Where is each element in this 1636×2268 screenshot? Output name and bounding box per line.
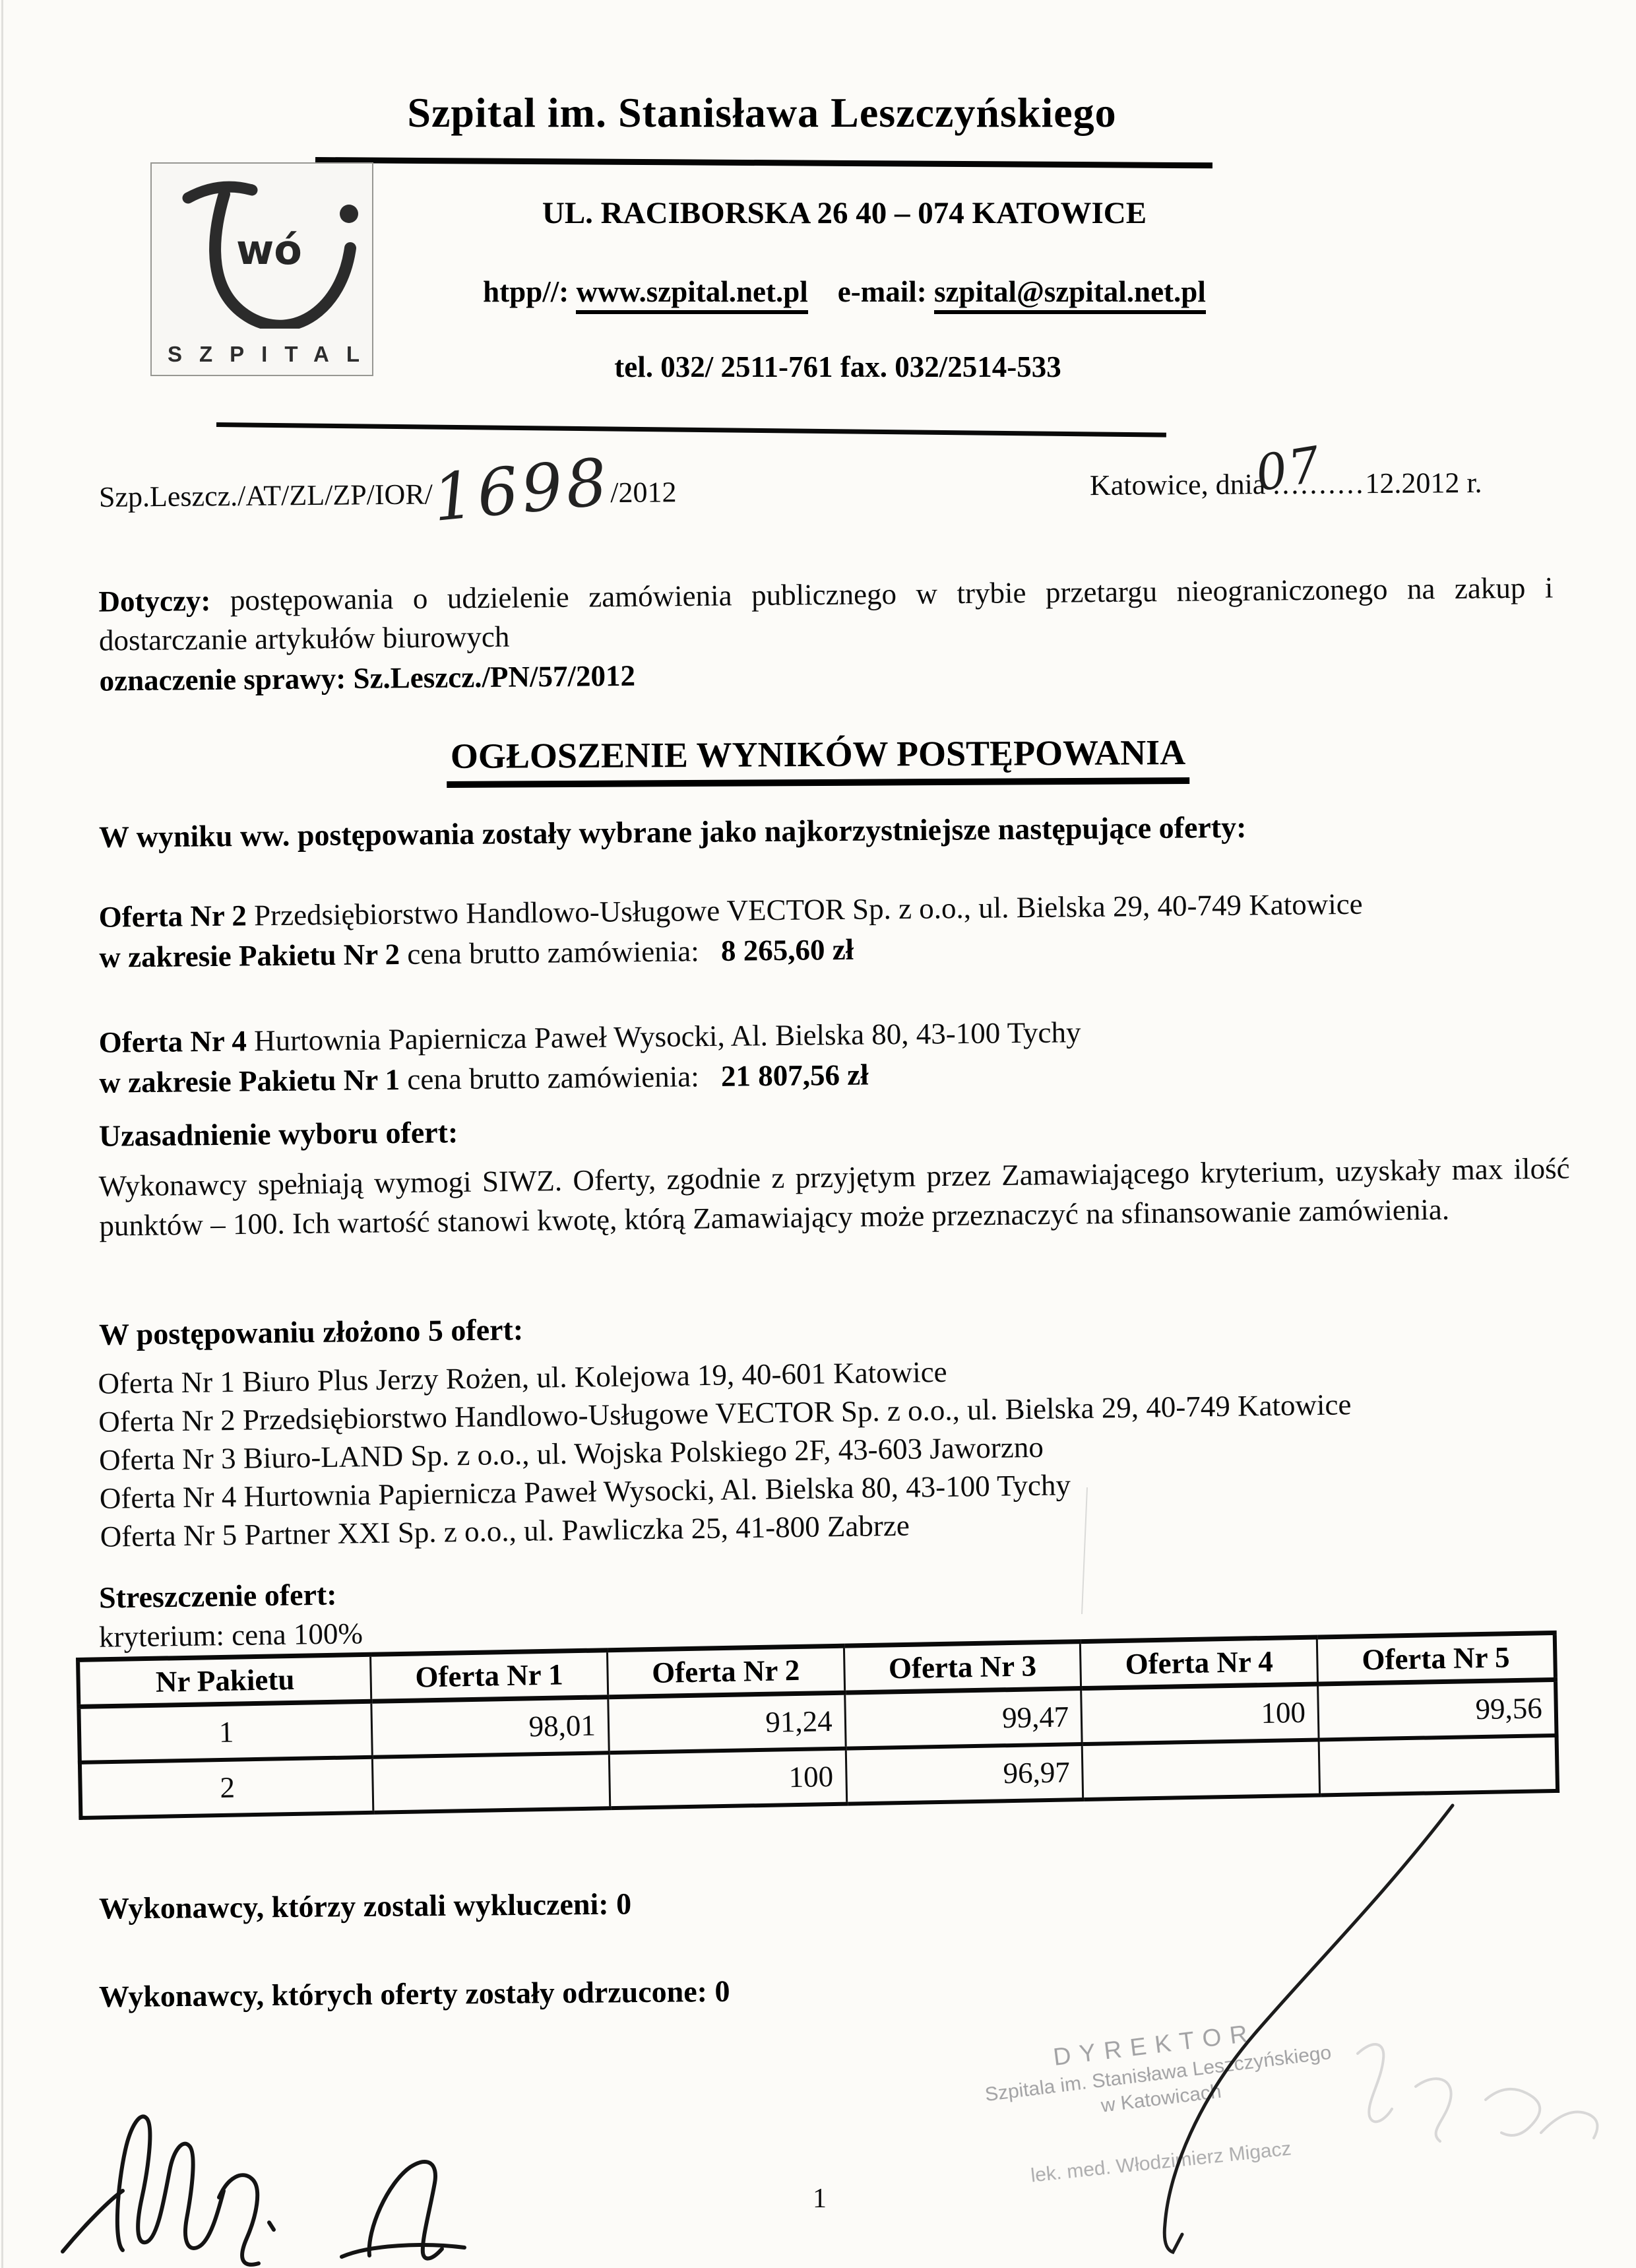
website-link: www.szpital.net.pl	[576, 275, 807, 314]
case-number-line: oznaczenie sprawy: Sz.Leszcz./PN/57/2012	[99, 647, 1554, 700]
handwritten-day: 07	[1251, 436, 1326, 502]
header-divider	[216, 422, 1166, 437]
hospital-logo: wó SZPITAL	[150, 162, 373, 376]
reference-number: Szp.Leszcz./AT/ZL/ZP/IOR/1698/2012	[99, 475, 677, 514]
title-underline	[315, 157, 1212, 168]
email-label: e-mail:	[838, 275, 927, 308]
scanned-document-page: { "header": { "title": "Szpital im. Stan…	[0, 0, 1636, 2268]
winner-offer-4: Oferta Nr 4 Hurtownia Papiernicza Paweł …	[98, 1007, 1577, 1103]
page-number: 1	[813, 2183, 827, 2215]
handwritten-ref-number: 1698	[433, 482, 610, 499]
ref-suffix: /2012	[610, 476, 677, 509]
col-header: Oferta Nr 1	[371, 1650, 608, 1702]
logo-smiley-icon: wó	[152, 164, 372, 329]
hospital-phone-line: tel. 032/ 2511-761 fax. 032/2514-533	[396, 350, 1280, 384]
subject-text: postępowania o udzielenie zamówienia pub…	[99, 571, 1554, 657]
winner-scope-text: cena brutto zamówienia:	[400, 1060, 707, 1096]
col-header: Oferta Nr 4	[1081, 1637, 1318, 1689]
web-prefix: htpp//:	[483, 275, 569, 308]
hospital-web-line: htpp//: www.szpital.net.pl e-mail: szpit…	[356, 275, 1333, 309]
excluded-count: 0	[616, 1887, 631, 1920]
criterion-line: kryterium: cena 100%	[99, 1616, 363, 1654]
date-line: Katowice, dnia ..........12.2012 r. 07	[1090, 466, 1482, 502]
justification-text: Wykonawcy spełniają wymogi SIWZ. Oferty,…	[98, 1148, 1570, 1245]
col-header: Oferta Nr 5	[1317, 1633, 1556, 1684]
handwritten-signature	[63, 2116, 464, 2264]
winner-scope-text: cena brutto zamówienia:	[400, 934, 707, 971]
submitted-offers-list: Oferta Nr 1 Biuro Plus Jerzy Rożen, ul. …	[98, 1344, 1591, 1556]
winner-price: 8 265,60 zł	[721, 933, 854, 967]
case-number: Sz.Leszcz./PN/57/2012	[353, 659, 635, 695]
date-suffix: 12.2012 r.	[1365, 467, 1482, 500]
rejected-count: 0	[714, 1974, 730, 2008]
ref-prefix: Szp.Leszcz./AT/ZL/ZP/IOR/	[99, 478, 433, 513]
logo-caption: SZPITAL	[152, 342, 372, 367]
email-link: szpital@szpital.net.pl	[934, 275, 1206, 314]
col-header: Oferta Nr 3	[844, 1642, 1081, 1693]
col-header: Oferta Nr 2	[607, 1646, 844, 1697]
subject-paragraph: Dotyczy: postępowania o udzielenie zamów…	[98, 568, 1554, 700]
winner-scope: w zakresie Pakietu Nr 2	[99, 938, 400, 974]
subject-label: Dotyczy:	[98, 584, 210, 618]
submitted-offers-heading: W postępowaniu złożono 5 ofert:	[99, 1312, 524, 1352]
date-prefix: Katowice, dnia	[1090, 468, 1266, 502]
results-intro: W wyniku ww. postępowania zostały wybran…	[99, 806, 1590, 855]
col-header: Nr Pakietu	[78, 1654, 371, 1706]
offers-score-table: Nr Pakietu Oferta Nr 1 Oferta Nr 2 Ofert…	[76, 1631, 1559, 1820]
svg-text:wó: wó	[236, 226, 302, 274]
winner-price: 21 807,56 zł	[721, 1058, 869, 1093]
winner-label: Oferta Nr 4	[98, 1024, 247, 1058]
hospital-title: Szpital im. Stanisława Leszczyńskiego	[277, 88, 1247, 137]
winner-label: Oferta Nr 2	[98, 899, 247, 933]
announcement-heading: OGŁOSZENIE WYNIKÓW POSTĘPOWANIA	[0, 730, 1636, 779]
hospital-address: UL. RACIBORSKA 26 40 – 074 KATOWICE	[396, 195, 1293, 231]
summary-heading: Streszczenie ofert:	[99, 1576, 337, 1615]
scan-edge-artifact	[1, 0, 3, 2268]
winner-offer-2: Oferta Nr 2 Przedsiębiorstwo Handlowo-Us…	[98, 882, 1577, 977]
director-stamp: DYREKTOR Szpitala im. Stanisława Leszczy…	[917, 2003, 1398, 2139]
justification-heading: Uzasadnienie wyboru ofert:	[99, 1115, 458, 1153]
winner-company: Hurtownia Papiernicza Paweł Wysocki, Al.…	[247, 1016, 1081, 1057]
stamp-director-name: lek. med. Włodzimierz Migacz	[970, 2131, 1352, 2193]
excluded-line: Wykonawcy, którzy zostali wykluczeni: 0	[99, 1886, 632, 1926]
rejected-line: Wykonawcy, których oferty zostały odrzuc…	[99, 1974, 730, 2014]
winner-scope: w zakresie Pakietu Nr 1	[99, 1063, 400, 1099]
winner-company: Przedsiębiorstwo Handlowo-Usługowe VECTO…	[247, 888, 1363, 932]
